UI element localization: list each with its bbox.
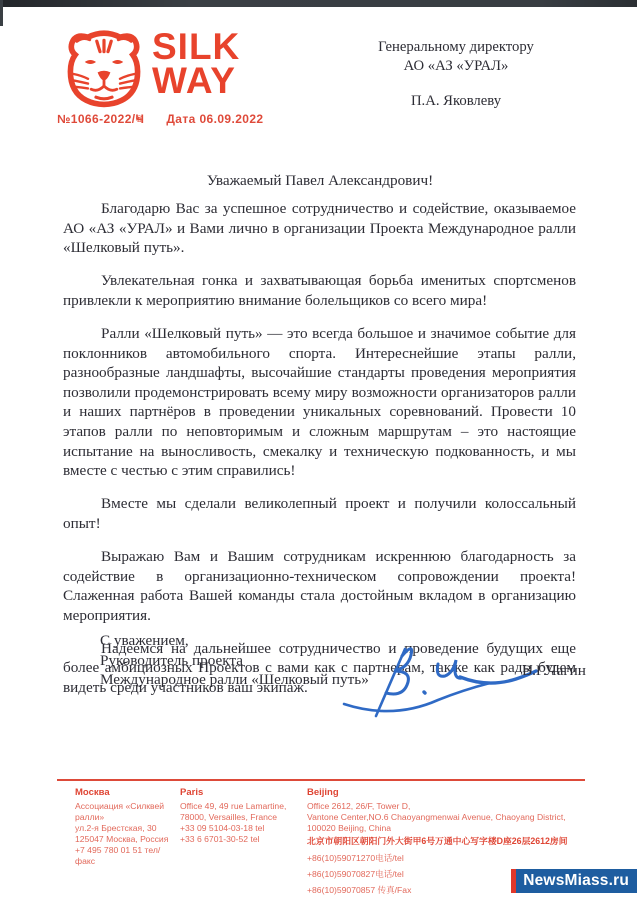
scan-edge-artifact: [0, 0, 637, 7]
logo-wordmark: SILK WAY: [152, 30, 240, 98]
office-line: Office 2612, 26/F, Tower D,: [307, 801, 592, 812]
scanned-letter-page: ® SILK WAY №1066-2022/ЧДата 06.09.2022 Г…: [0, 0, 637, 900]
recipient-name: П.А. Яковлеву: [350, 92, 562, 111]
office-paris: Paris Office 49, 49 rue Lamartine, 78000…: [180, 787, 300, 845]
office-line: 78000, Versailles, France: [180, 812, 300, 823]
salutation: Уважаемый Павел Александрович!: [63, 172, 577, 190]
paragraph-1: Благодарю Вас за успешное сотрудничество…: [63, 199, 576, 258]
printed-signer-name: В.Г.Чагин: [522, 662, 586, 680]
tiger-logo-icon: [64, 30, 144, 110]
silkway-logo: ® SILK WAY: [64, 28, 334, 116]
office-moscow: Москва Ассоциация «Силквей ралли» ул.2-я…: [75, 787, 180, 867]
office-line: Ассоциация «Силквей ралли»: [75, 801, 180, 823]
footer-divider: [57, 779, 585, 781]
office-line: 125047 Москва, Россия: [75, 834, 180, 845]
signer-title-2: Международное ралли «Шелковый путь»: [100, 670, 369, 690]
paragraph-4: Вместе мы сделали великолепный проект и …: [63, 494, 576, 533]
office-city: Москва: [75, 787, 180, 798]
signer-title-1: Руководитель проекта: [100, 651, 369, 671]
ref-number: №1066-2022/Ч: [57, 112, 144, 126]
office-phone: +86(10)59071270电话/tel: [307, 853, 592, 863]
scan-corner-artifact: [0, 0, 3, 26]
handwritten-signature: [338, 640, 558, 728]
recipient-position: Генеральному директору: [350, 38, 562, 57]
office-line: ул.2-я Брестская, 30: [75, 823, 180, 834]
office-line: +7 495 780 01 51 тел/факс: [75, 845, 180, 867]
logo-word-way: WAY: [152, 64, 240, 98]
office-line: Vantone Center,NO.6 Chaoyangmenwai Avenu…: [307, 812, 592, 823]
logo-word-silk: SILK: [152, 30, 240, 64]
newsmiass-watermark: NewsMiass.ru: [511, 869, 637, 893]
letter-date: Дата 06.09.2022: [166, 112, 263, 126]
office-line: +33 6 6701-30-52 tel: [180, 834, 300, 845]
office-line: Office 49, 49 rue Lamartine,: [180, 801, 300, 812]
paragraph-5: Выражаю Вам и Вашим сотрудникам искренню…: [63, 547, 576, 625]
watermark-label: NewsMiass.ru: [516, 869, 637, 893]
recipient-company: АО «АЗ «УРАЛ»: [350, 57, 562, 76]
office-line-chinese: 北京市朝阳区朝阳门外大街甲6号万通中心写字楼D座26层2612房间: [307, 835, 592, 847]
office-city: Beijing: [307, 787, 592, 798]
paragraph-3: Ралли «Шелковый путь» — это всегда больш…: [63, 324, 576, 481]
office-line: 100020 Beijing, China: [307, 823, 592, 834]
closing-line: С уважением,: [100, 631, 369, 651]
office-line: +33 09 5104-03-18 tel: [180, 823, 300, 834]
office-city: Paris: [180, 787, 300, 798]
signature-block: С уважением, Руководитель проекта Междун…: [100, 631, 369, 690]
paragraph-2: Увлекательная гонка и захватывающая борь…: [63, 271, 576, 310]
reference-line: №1066-2022/ЧДата 06.09.2022: [57, 112, 264, 126]
recipient-block: Генеральному директору АО «АЗ «УРАЛ» П.А…: [350, 38, 562, 111]
